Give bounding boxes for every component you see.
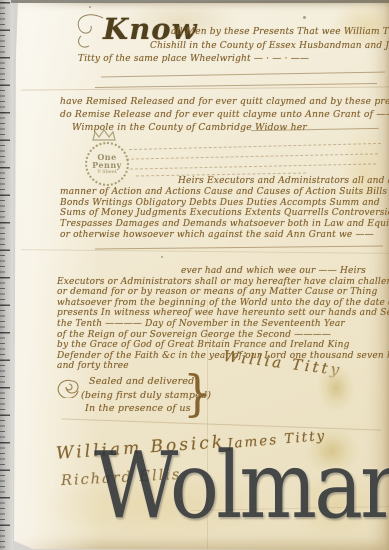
ruled-blank-line [95, 245, 383, 249]
deed-line: by the Grace of God of Great Britain Fra… [57, 340, 389, 351]
deed-line: the Tenth ———— Day of November in the Se… [57, 319, 389, 330]
stamp-text: Penny [92, 161, 122, 169]
deed-text-block-3: Heirs Executors and Administrators all a… [60, 176, 389, 241]
paper-speck [303, 16, 306, 19]
crown-icon [90, 128, 120, 142]
paper-speck [161, 256, 163, 258]
paper-speck [89, 6, 91, 8]
deed-line: Titty of the same place Wheelwright — · … [78, 53, 389, 67]
measuring-ruler [0, 0, 13, 550]
blank-dash-line [130, 163, 376, 169]
deed-line: all Men by these Presents That wee Willi… [171, 26, 389, 40]
blank-dash-line [129, 143, 381, 150]
stamp-text: ⅌ Sheet [97, 169, 116, 175]
deed-line: presents In witness whereof wee have her… [57, 308, 389, 319]
deed-line: Sums of Money Judgments Executions Exten… [60, 208, 389, 219]
deed-line: or otherwise howsoever which against the… [60, 230, 389, 241]
blank-dash-line [126, 153, 378, 159]
deed-line: Executors or Administrators shall or may… [57, 277, 389, 288]
attestation-brace: } [183, 365, 212, 422]
deed-line: whatsoever from the beginning of the Wor… [57, 298, 389, 309]
deed-line: manner of Action and Actions Cause and C… [60, 187, 389, 198]
deed-line: Bonds Writings Obligatory Debts Dues Dut… [60, 198, 389, 209]
ruler-major-ticks [0, 2, 10, 548]
deed-line: do Remise Release and for ever quitt cla… [60, 108, 389, 121]
wolmar-watermark: Wolmar [94, 441, 389, 533]
seal-remnant [315, 363, 356, 414]
deed-line: Chishill in the County of Essex Husbandm… [150, 40, 389, 54]
document-top-edge-shadow [11, 0, 389, 3]
deed-line: ever had and which wee our —— Heirs [181, 266, 389, 277]
deed-line: Heirs Executors and Administrators all a… [178, 176, 389, 187]
deed-line: of the Reign of our Sovereign George the… [57, 330, 389, 341]
deed-line: have Remised Released and for ever quitt… [60, 95, 389, 108]
deed-text-block-1: all Men by these Presents That wee Willi… [78, 26, 389, 67]
spiral-flourish [55, 372, 81, 398]
ruled-blank-line [101, 72, 385, 78]
photo-of-manuscript-deed: Know all Men by these Presents That wee … [0, 0, 389, 550]
deed-line: Trespasses Damages and Demands whatsoeve… [60, 219, 389, 230]
deed-line: or demand for or by reason or means of a… [57, 287, 389, 298]
ruled-blank-line [95, 83, 377, 88]
